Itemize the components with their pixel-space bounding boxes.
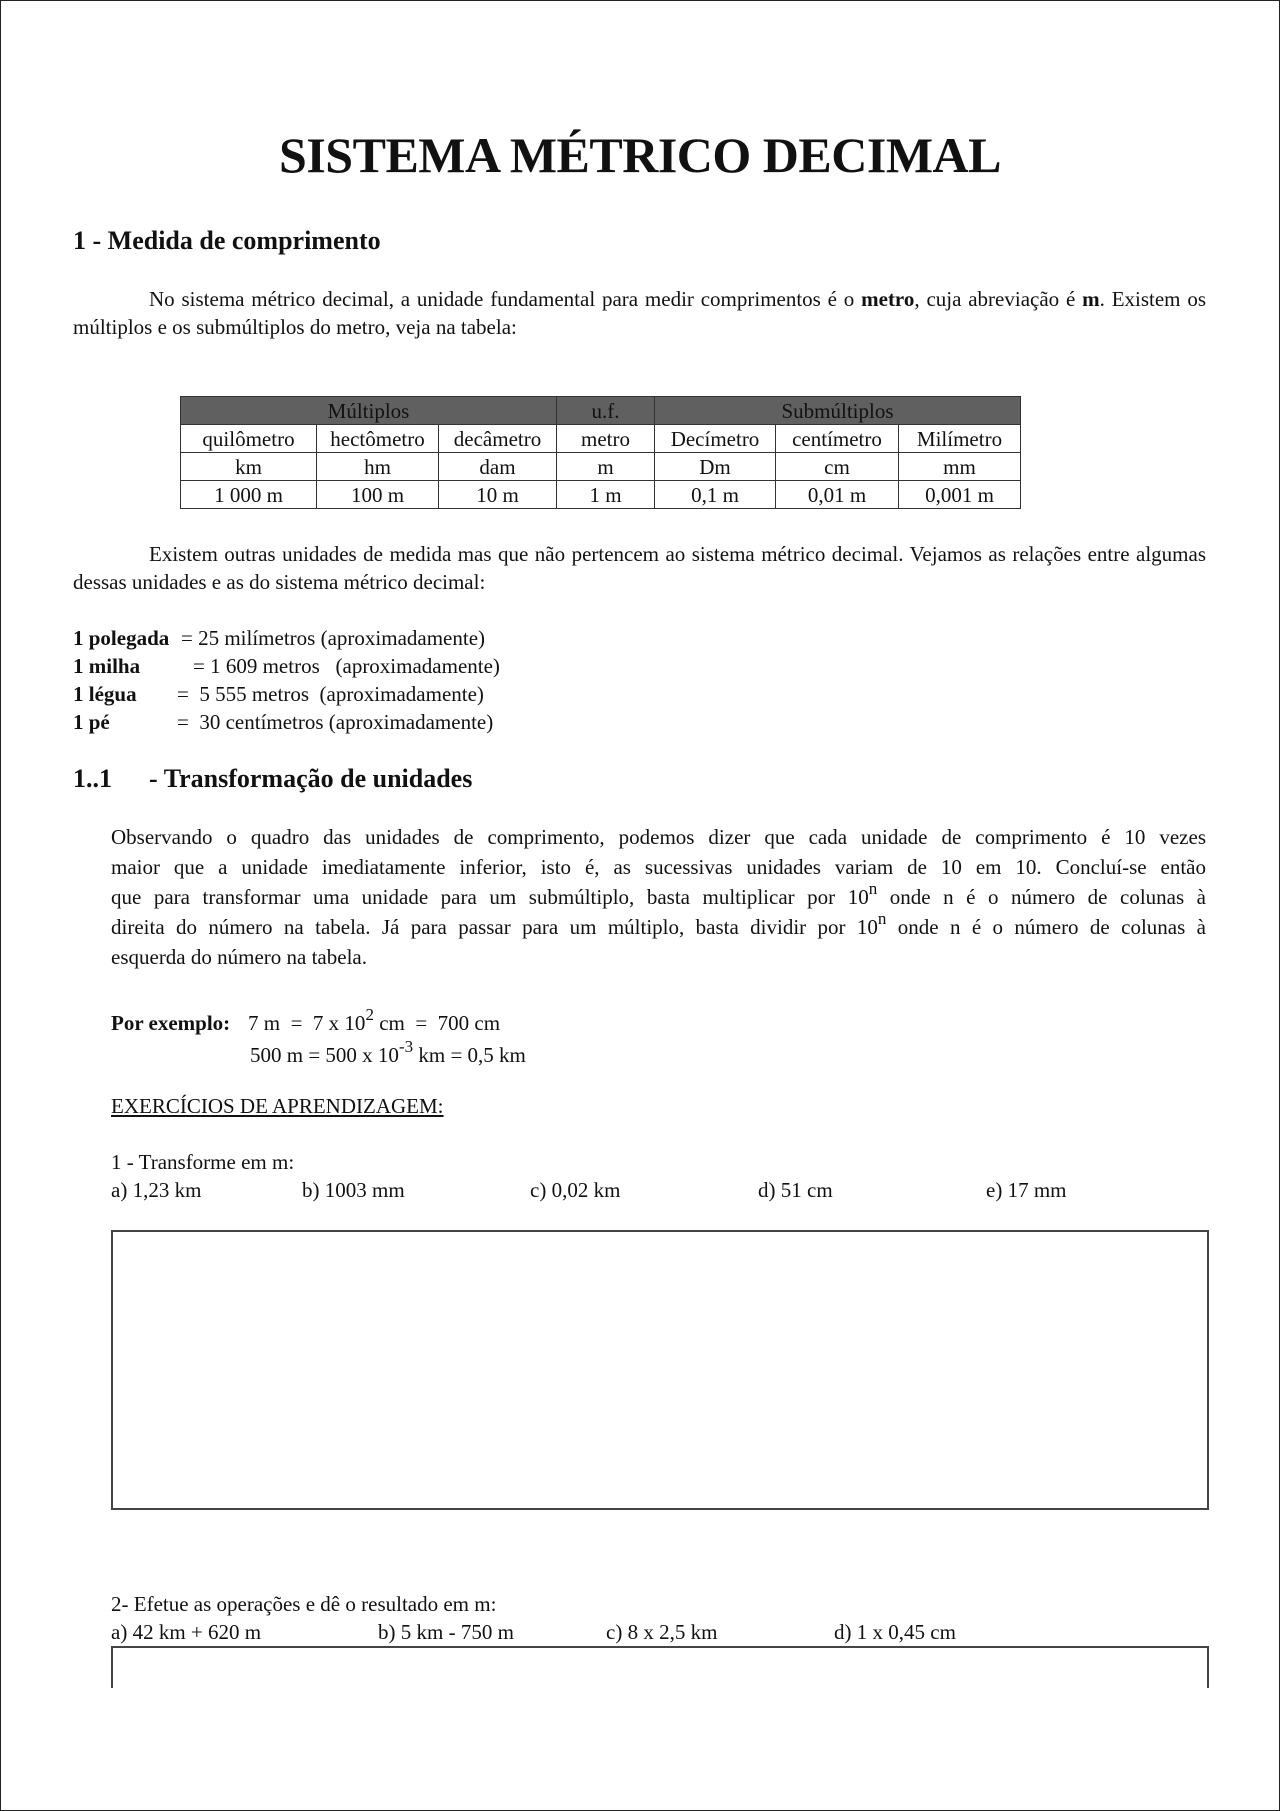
exercise-1: 1 - Transforme em m: a) 1,23 km b) 1003 …	[111, 1148, 1066, 1204]
table-cell: decâmetro	[439, 425, 557, 453]
exercise-2-prompt: 2- Efetue as operações e dê o resultado …	[111, 1590, 956, 1618]
relation-item: 1 légua= 5 555 metros (aproximadamente)	[73, 680, 500, 708]
unit-relations-list: 1 polegada= 25 milímetros (aproximadamen…	[73, 624, 500, 736]
group-header-uf: u.f.	[557, 397, 655, 425]
exercise-option: a) 42 km + 620 m	[111, 1618, 378, 1646]
table-cell: hectômetro	[317, 425, 439, 453]
table-cell: hm	[317, 453, 439, 481]
exercise-option: d) 51 cm	[758, 1176, 986, 1204]
exercise-2: 2- Efetue as operações e dê o resultado …	[111, 1590, 956, 1646]
table-row-values: 1 000 m 100 m 10 m 1 m 0,1 m 0,01 m 0,00…	[181, 481, 1021, 509]
table-cell: Milímetro	[899, 425, 1021, 453]
exercise-option: b) 5 km - 750 m	[378, 1618, 606, 1646]
exercise-1-prompt: 1 - Transforme em m:	[111, 1148, 1066, 1176]
relation-item: 1 polegada= 25 milímetros (aproximadamen…	[73, 624, 500, 652]
table-cell: 0,1 m	[655, 481, 776, 509]
example-line-2: 500 m = 500 x 10-3 km = 0,5 km	[111, 1039, 526, 1071]
table-cell: 1 m	[557, 481, 655, 509]
table-cell: m	[557, 453, 655, 481]
exercise-option: b) 1003 mm	[302, 1176, 530, 1204]
table-cell: Dm	[655, 453, 776, 481]
answer-box-exercise-2[interactable]	[111, 1646, 1209, 1688]
table-row-symbols: km hm dam m Dm cm mm	[181, 453, 1021, 481]
table-cell: mm	[899, 453, 1021, 481]
exercise-1-options: a) 1,23 km b) 1003 mm c) 0,02 km d) 51 c…	[111, 1176, 1066, 1204]
exercise-option: c) 0,02 km	[530, 1176, 758, 1204]
example-block: Por exemplo:7 m = 7 x 102 cm = 700 cm 50…	[111, 1007, 526, 1071]
table-cell: Decímetro	[655, 425, 776, 453]
table-cell: 1 000 m	[181, 481, 317, 509]
table-cell: 0,01 m	[776, 481, 899, 509]
section-heading-transformacao: 1..1- Transformação de unidades	[73, 764, 472, 794]
exercises-heading: EXERCÍCIOS DE APRENDIZAGEM:	[111, 1094, 444, 1119]
transformation-paragraph: Observando o quadro das unidades de comp…	[111, 823, 1206, 973]
table-cell: 100 m	[317, 481, 439, 509]
exercise-option: c) 8 x 2,5 km	[606, 1618, 834, 1646]
exercise-option: d) 1 x 0,45 cm	[834, 1618, 956, 1646]
intro-paragraph: No sistema métrico decimal, a unidade fu…	[73, 285, 1206, 341]
relation-item: 1 milha= 1 609 metros (aproximadamente)	[73, 652, 500, 680]
relation-item: 1 pé= 30 centímetros (aproximadamente)	[73, 708, 500, 736]
table-cell: 10 m	[439, 481, 557, 509]
exercise-option: a) 1,23 km	[111, 1176, 302, 1204]
group-header-multiplos: Múltiplos	[181, 397, 557, 425]
units-table: Múltiplos u.f. Submúltiplos quilômetro h…	[180, 396, 1021, 509]
table-cell: 0,001 m	[899, 481, 1021, 509]
table-cell: quilômetro	[181, 425, 317, 453]
table-cell: dam	[439, 453, 557, 481]
section-heading-comprimento: 1 - Medida de comprimento	[73, 226, 381, 256]
other-units-paragraph: Existem outras unidades de medida mas qu…	[73, 540, 1206, 596]
answer-box-exercise-1[interactable]	[111, 1230, 1209, 1510]
example-line-1: Por exemplo:7 m = 7 x 102 cm = 700 cm	[111, 1007, 526, 1039]
table-cell: centímetro	[776, 425, 899, 453]
document-title: SISTEMA MÉTRICO DECIMAL	[0, 126, 1280, 184]
table-row-names: quilômetro hectômetro decâmetro metro De…	[181, 425, 1021, 453]
group-header-submultiplos: Submúltiplos	[655, 397, 1021, 425]
table-cell: km	[181, 453, 317, 481]
table-cell: cm	[776, 453, 899, 481]
exercise-option: e) 17 mm	[986, 1176, 1066, 1204]
table-cell: metro	[557, 425, 655, 453]
exercise-2-options: a) 42 km + 620 m b) 5 km - 750 m c) 8 x …	[111, 1618, 956, 1646]
table-group-header-row: Múltiplos u.f. Submúltiplos	[181, 397, 1021, 425]
